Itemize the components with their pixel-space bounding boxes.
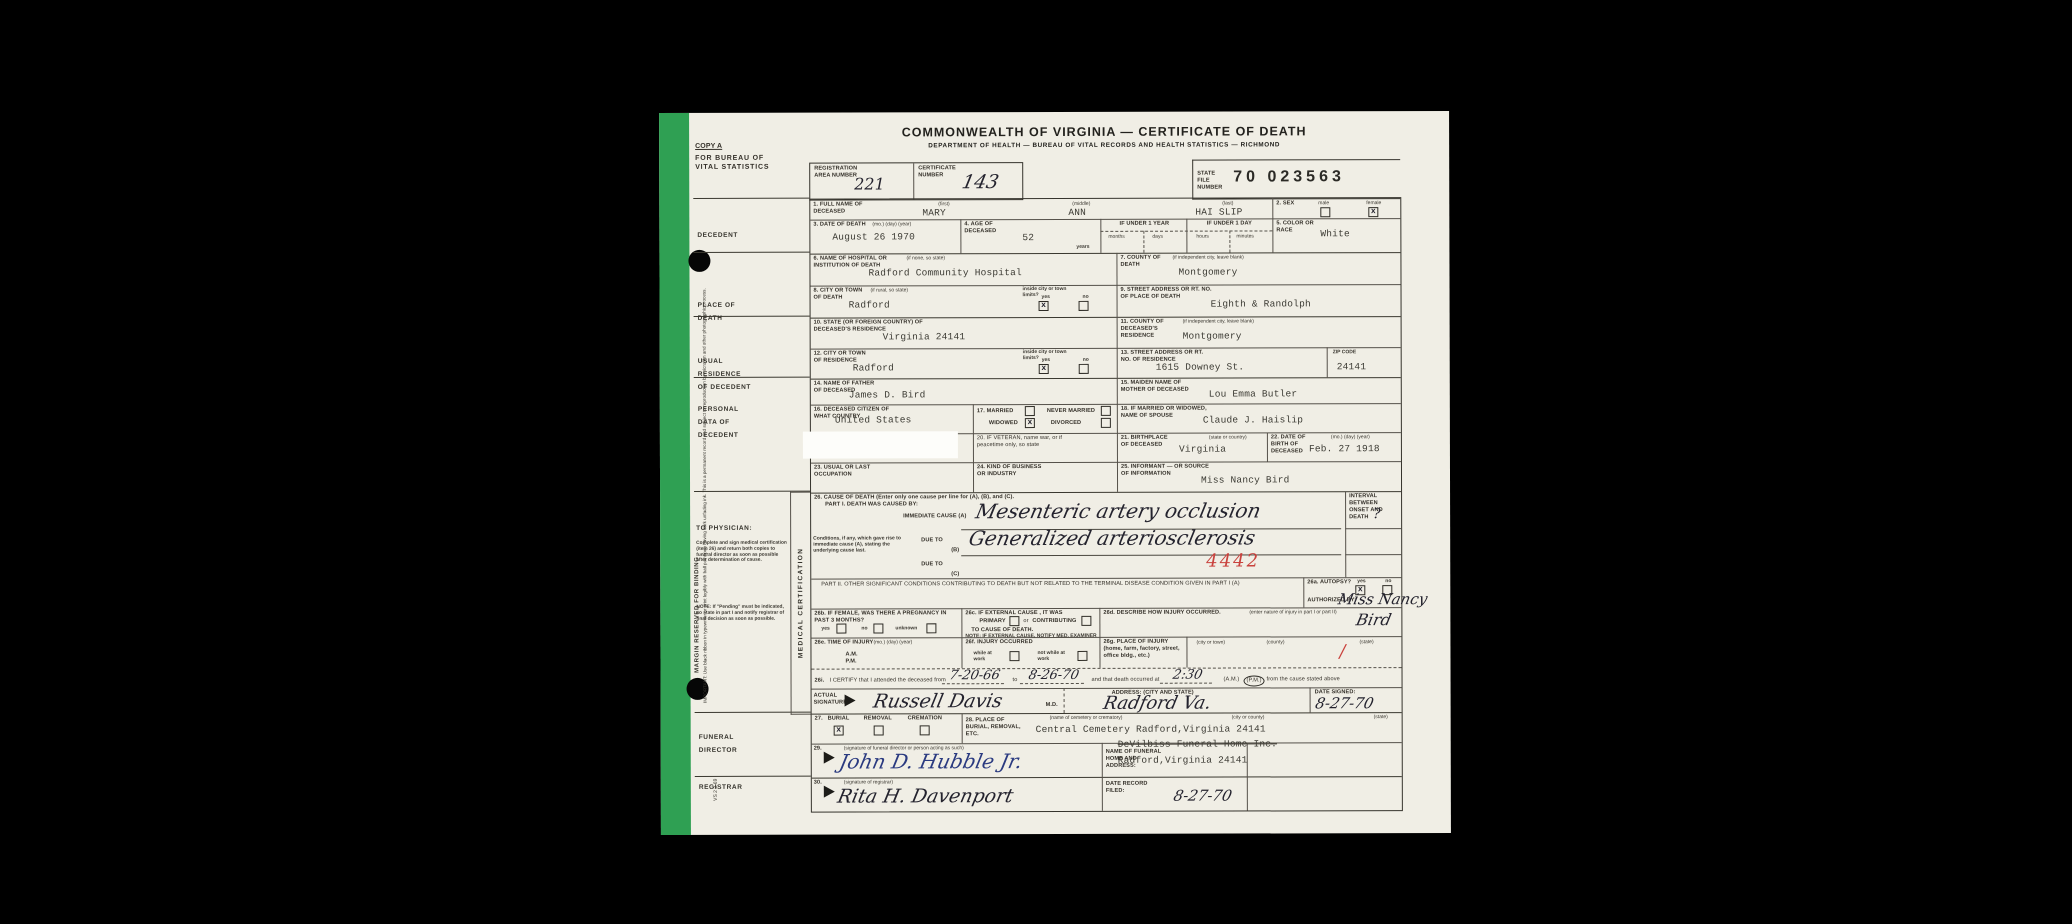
days-label: days	[1152, 234, 1163, 240]
primary-label: PRIMARY	[979, 618, 1005, 625]
form-line	[1310, 687, 1311, 712]
field-26c-label: 26c. IF EXTERNAL CAUSE , IT WAS	[965, 610, 1095, 617]
interval-value: ?	[1373, 506, 1381, 522]
under-1-year-label: IF UNDER 1 YEAR	[1106, 221, 1182, 228]
physician-address-value: Radford Va.	[1101, 693, 1213, 714]
part-2-label: PART II. OTHER SIGNIFICANT CONDITIONS CO…	[821, 580, 1281, 588]
physician-note: NOTE: If "Pending" must be indicated, so…	[696, 605, 784, 622]
male-label: male	[1318, 200, 1329, 206]
form-line	[1272, 198, 1273, 252]
pregnancy-yes-checkbox	[836, 624, 846, 634]
field-11-hint: (if independent city, leave blank)	[1183, 318, 1254, 324]
yes-label: yes	[1042, 294, 1050, 300]
date-of-death-value: August 26 1970	[832, 231, 915, 242]
zip-code-value: 24141	[1337, 361, 1367, 372]
residence-limits-no-checkbox	[1079, 364, 1089, 374]
registration-area-value: 221	[854, 174, 885, 193]
cremation-label: CREMATION	[908, 715, 942, 722]
date-signed-value: 8-27-70	[1314, 694, 1376, 712]
field-24-label: 24. KIND OF BUSINESS OR INDUSTRY	[977, 464, 1043, 478]
no-label: no	[1083, 294, 1089, 300]
label-line: FUNERAL	[699, 734, 734, 741]
widowed-checkbox: x	[1025, 418, 1035, 428]
form-line	[1303, 577, 1304, 607]
label-line: USUAL	[698, 358, 723, 365]
form-line	[961, 608, 962, 668]
pregnancy-no-checkbox	[873, 623, 883, 633]
label-line: DATA OF	[698, 419, 730, 426]
authorized-by-value: Miss Nancy	[1336, 590, 1429, 608]
hours-label: hours	[1196, 234, 1209, 240]
informant-value: Miss Nancy Bird	[1201, 474, 1290, 485]
copy-a-label: COPY A	[695, 143, 722, 152]
form-line	[1186, 219, 1187, 253]
to-physician-title: TO PHYSICIAN:	[696, 525, 752, 533]
residence-street-value: 1615 Downey St.	[1156, 362, 1245, 373]
funeral-home-name: DeVilbiss Funeral Home Inc.	[1118, 738, 1277, 749]
medical-certification-label: MEDICAL CERTIFICATION	[798, 548, 805, 658]
form-line	[811, 461, 1401, 464]
pm-option-circled: (P.M.)	[1244, 675, 1265, 686]
field-6-hint: (if none, so state)	[906, 255, 945, 261]
date-record-filed-label: DATE RECORD FILED:	[1106, 781, 1156, 795]
authorized-by-value-2: Bird	[1354, 610, 1393, 629]
field-23-label: 23. USUAL OR LAST OCCUPATION	[814, 464, 874, 478]
copy-for-line1: FOR BUREAU OF	[695, 155, 764, 164]
arrow-icon	[845, 695, 856, 707]
citizen-value: United States	[835, 414, 912, 425]
red-slash-annotation: /	[1339, 641, 1345, 662]
field-9-label: 9. STREET ADDRESS OR RT. NO. OF PLACE OF…	[1121, 287, 1213, 301]
field-25-label: 25. INFORMANT — OR SOURCE OF INFORMATION	[1121, 464, 1213, 478]
certificate-title: COMMONWEALTH OF VIRGINIA — CERTIFICATE O…	[809, 124, 1399, 140]
field-18-label: 18. IF MARRIED OR WIDOWED, NAME OF SPOUS…	[1121, 406, 1209, 420]
death-time-value: 2:30	[1160, 668, 1215, 684]
contributing-checkbox	[1081, 616, 1091, 626]
hospital-value: Radford Community Hospital	[868, 267, 1021, 278]
am-option: (A.M.)	[1224, 677, 1240, 684]
field-26i-number: 26i.	[815, 678, 825, 685]
funeral-home-address: Radford,Virginia 24141	[1118, 754, 1248, 765]
label-line: DECEDENT	[698, 432, 739, 439]
field-2-label: 2. SEX	[1276, 200, 1294, 207]
spouse-name-value: Claude J. Haislip	[1203, 414, 1303, 425]
cremation-checkbox	[920, 725, 930, 735]
form-line	[1100, 219, 1101, 253]
field-28-label: 28. PLACE OF BURIAL, REMOVAL, ETC.	[966, 717, 1028, 738]
form-line	[1345, 491, 1346, 577]
no-label: no	[1083, 357, 1089, 363]
birthplace-value: Virginia	[1179, 444, 1226, 455]
form-line	[1064, 688, 1065, 713]
cause-b-value: Generalized arteriosclerosis	[967, 525, 1258, 550]
male-checkbox	[1320, 207, 1330, 217]
no-label: no	[861, 625, 867, 631]
yes-label: yes	[1357, 578, 1365, 584]
first-name-value: MARY	[922, 207, 946, 218]
pm-label: P.M.	[845, 659, 856, 666]
due-to-label: DUE TO	[921, 561, 943, 568]
writing-line	[961, 554, 1341, 556]
physician-signature: Russell Davis	[871, 690, 1004, 712]
while-at-work-checkbox	[1009, 651, 1019, 661]
last-name-value: HAI SLIP	[1195, 207, 1242, 218]
section-label-registrar: REGISTRAR	[699, 781, 743, 794]
field-26d-label: 26d. DESCRIBE HOW INJURY OCCURRED.	[1103, 610, 1220, 617]
never-married-checkbox	[1101, 406, 1111, 416]
form-line	[811, 347, 1401, 350]
minutes-label: minutes	[1236, 233, 1254, 239]
burial-checkbox: x	[834, 726, 844, 736]
widowed-label: WIDOWED	[989, 420, 1018, 427]
section-label-decedent: DECEDENT	[697, 229, 738, 242]
removal-checkbox	[874, 725, 884, 735]
pregnancy-unknown-checkbox	[926, 623, 936, 633]
form-line	[1229, 231, 1230, 253]
female-checkbox: x	[1368, 207, 1378, 217]
form-line	[811, 284, 1401, 287]
residence-limits-yes-checkbox: x	[1039, 364, 1049, 374]
immediate-cause-label: IMMEDIATE CAUSE (A)	[903, 513, 966, 520]
field-26e-label: 26e. TIME OF INJURY	[814, 639, 873, 646]
limits-question: inside city or town limits?	[1023, 286, 1083, 298]
while-at-work-label: while at work	[973, 650, 1003, 662]
form-line	[1345, 554, 1401, 555]
form-line	[694, 377, 810, 378]
form-line	[1099, 608, 1100, 668]
divorced-checkbox	[1101, 418, 1111, 428]
form-line	[811, 316, 1401, 319]
field-7-hint: (if independent city, leave blank)	[1172, 255, 1243, 261]
city-or-town-hint: (city or town)	[1196, 640, 1225, 646]
form-line	[973, 404, 974, 492]
medical-certification-strip: MEDICAL CERTIFICATION	[790, 492, 812, 715]
arrow-icon	[824, 786, 835, 798]
funeral-director-signature: John D. Hubble Jr.	[837, 749, 1025, 773]
no-label: no	[1385, 578, 1391, 584]
certify-text-pre: I CERTIFY that I attended the deceased f…	[830, 677, 946, 684]
copy-for-line2: VITAL STATISTICS	[695, 164, 769, 173]
form-line	[960, 219, 961, 253]
form-grid: 1. FULL NAME OF DECEASED (first) MARY (m…	[809, 197, 1403, 813]
limits-yes-checkbox: x	[1039, 301, 1049, 311]
form-line	[693, 198, 809, 199]
arrow-icon	[824, 752, 835, 764]
not-while-at-work-label: not while at work	[1037, 650, 1071, 662]
age-value: 52	[1022, 232, 1034, 243]
field-22-hint: (mo.) (day) (year)	[1331, 434, 1370, 440]
city-county-hint: (city or county)	[1232, 714, 1265, 720]
certify-to-word: to	[1013, 677, 1018, 684]
county-of-death-value: Montgomery	[1178, 267, 1237, 278]
removal-label: REMOVAL	[864, 715, 892, 722]
residence-city-value: Radford	[853, 362, 894, 373]
actual-signature-label: ACTUAL	[814, 693, 838, 700]
or-label: or	[1023, 618, 1028, 625]
certificate-number-label: CERTIFICATE NUMBER	[918, 165, 966, 179]
divorced-label: DIVORCED	[1051, 420, 1081, 427]
form-line	[695, 776, 811, 777]
binding-stripe	[659, 113, 691, 835]
state-hint: (state)	[1359, 639, 1373, 645]
section-label-usual-residence: USUALRESIDENCEOF DECEDENT	[698, 355, 751, 394]
field-1-label: 1. FULL NAME OF DECEASED	[813, 201, 885, 215]
race-value: White	[1320, 228, 1350, 239]
section-label-personal-data: PERSONALDATA OFDECEDENT	[698, 403, 739, 442]
attended-from-date: 7-20-66	[942, 668, 1007, 684]
unknown-label: unknown	[895, 625, 917, 631]
contributing-label: CONTRIBUTING	[1032, 618, 1076, 625]
residence-state-value: Virginia 24141	[883, 331, 966, 342]
field-7-label: 7. COUNTY OF DEATH	[1120, 255, 1166, 269]
due-to-label: DUE TO	[921, 537, 943, 544]
county-hint: (county)	[1266, 639, 1284, 645]
residence-county-value: Montgomery	[1183, 331, 1242, 342]
form-line	[811, 377, 1401, 380]
state-hint: (state)	[1374, 714, 1388, 720]
md-label: M.D.	[1046, 702, 1058, 709]
form-line	[812, 776, 1402, 779]
form-line	[1267, 432, 1268, 461]
section-label-place-of-death: PLACE OFDEATH	[698, 299, 736, 325]
middle-name-value: ANN	[1068, 207, 1086, 218]
label-line: PLACE OF	[698, 302, 736, 309]
field-11-label: 11. COUNTY OF DECEASED'S RESIDENCE	[1121, 319, 1181, 340]
certificate-number-value: 143	[960, 171, 1001, 193]
female-label: female	[1366, 200, 1381, 206]
label-line: PERSONAL	[698, 406, 739, 413]
form-line	[693, 252, 809, 253]
form-line	[1247, 742, 1248, 810]
form-line	[810, 252, 1400, 255]
place-of-burial-value: Central Cemetery Radford,Virginia 24141	[1036, 723, 1266, 735]
state-file-label: STATE FILE NUMBER	[1197, 171, 1229, 192]
form-line	[812, 687, 1402, 690]
state-file-value: 70 023563	[1233, 168, 1345, 186]
registrar-signature: Rita H. Davenport	[836, 785, 1016, 807]
field-29-number: 29.	[814, 746, 822, 753]
line-c-marker: (C)	[951, 571, 959, 578]
field-15-label: 15. MAIDEN NAME OF MOTHER OF DECEASED	[1121, 380, 1193, 394]
actual-signature-label2: SIGNATURE	[814, 700, 847, 707]
form-line	[1327, 347, 1328, 377]
form-line	[1116, 253, 1118, 492]
cemetery-hint: (name of cemetery or crematory)	[1050, 715, 1123, 721]
conditions-note: Conditions, if any, which gave rise to i…	[813, 535, 907, 553]
field-26e-hint: (mo.) (day) (year)	[873, 639, 912, 645]
field-3-hints: (mo.) (day) (year)	[872, 221, 911, 227]
red-code-annotation: 4442	[1206, 550, 1260, 571]
not-while-at-work-checkbox	[1077, 651, 1087, 661]
primary-checkbox	[1009, 616, 1019, 626]
burial-label: BURIAL	[828, 716, 850, 723]
field-3-label: 3. DATE OF DEATH	[813, 221, 865, 228]
field-20-label: 20. IF VETERAN, name war, or if peacetim…	[977, 435, 1081, 449]
form-line	[1102, 743, 1103, 811]
divider	[913, 163, 914, 199]
field-8-hint: (if rural, so state)	[871, 287, 909, 293]
city-of-death-value: Radford	[849, 299, 890, 310]
zip-code-label: ZIP CODE	[1333, 349, 1357, 355]
form-line	[812, 742, 1402, 745]
field-21-hint: (state or country)	[1209, 434, 1247, 440]
part-1-label: PART I. DEATH WAS CAUSED BY:	[825, 501, 918, 508]
certify-text-post: from the cause stated above	[1267, 676, 1397, 683]
field-26g-label: 26g. PLACE OF INJURY (home, farm, factor…	[1103, 639, 1183, 660]
married-label: 17. MARRIED	[977, 408, 1014, 415]
form-line	[962, 713, 963, 743]
yes-label: yes	[1042, 357, 1050, 363]
form-line	[1143, 231, 1144, 253]
years-unit: years	[1076, 244, 1089, 250]
certify-text-mid: and that death occurred at	[1092, 677, 1160, 684]
registration-box: REGISTRATION AREA NUMBER 221 CERTIFICATE…	[809, 162, 1023, 201]
father-name-value: James D. Bird	[849, 389, 926, 400]
married-checkbox	[1025, 406, 1035, 416]
under-1-day-label: IF UNDER 1 DAY	[1190, 220, 1268, 227]
months-label: months	[1108, 234, 1124, 240]
limits-question: inside city or town limits?	[1023, 349, 1083, 361]
form-line	[694, 316, 810, 317]
place-of-death-street-value: Eighth & Randolph	[1211, 298, 1311, 309]
limits-no-checkbox	[1079, 301, 1089, 311]
redaction-box	[803, 431, 958, 458]
field-26d-hint: (enter nature of injury in part I or par…	[1249, 609, 1336, 615]
field-5-label: 5. COLOR OR RACE	[1276, 220, 1314, 234]
am-label: A.M.	[845, 652, 857, 659]
form-line	[812, 667, 1402, 670]
form-line	[1345, 528, 1401, 529]
attended-to-date: 8-26-70	[1020, 668, 1087, 684]
mother-name-value: Lou Emma Butler	[1209, 388, 1298, 399]
field-26a-label: 26a. AUTOPSY?	[1307, 579, 1351, 586]
date-of-birth-value: Feb. 27 1918	[1309, 443, 1380, 454]
line-b-marker: (B)	[951, 547, 959, 554]
cause-a-value: Mesenteric artery occlusion	[974, 498, 1264, 523]
field-26f-label: 26f. INJURY OCCURRED	[965, 639, 1032, 646]
state-file-box: STATE FILE NUMBER 70 023563	[1192, 159, 1400, 200]
field-30-number: 30.	[814, 780, 822, 787]
field-21-label: 21. BIRTHPLACE OF DECEASED	[1121, 435, 1175, 449]
yes-label: yes	[821, 626, 829, 632]
field-27-number: 27.	[815, 716, 823, 723]
scanned-death-certificate-screenshot: MARGIN RESERVED FOR BINDING IMPORTANT: U…	[0, 0, 2072, 924]
field-4-label: 4. AGE OF DECEASED	[964, 221, 1006, 235]
certificate-subtitle: DEPARTMENT OF HEALTH — BUREAU OF VITAL R…	[809, 141, 1399, 150]
date-record-filed-value: 8-27-70	[1172, 787, 1234, 805]
to-physician-body: Complete and sign medical certification …	[696, 541, 788, 564]
form-line	[1186, 637, 1187, 668]
label-line: OF DECEDENT	[698, 384, 751, 391]
never-married-label: NEVER MARRIED	[1047, 408, 1095, 415]
certificate-paper: MARGIN RESERVED FOR BINDING IMPORTANT: U…	[659, 111, 1451, 835]
